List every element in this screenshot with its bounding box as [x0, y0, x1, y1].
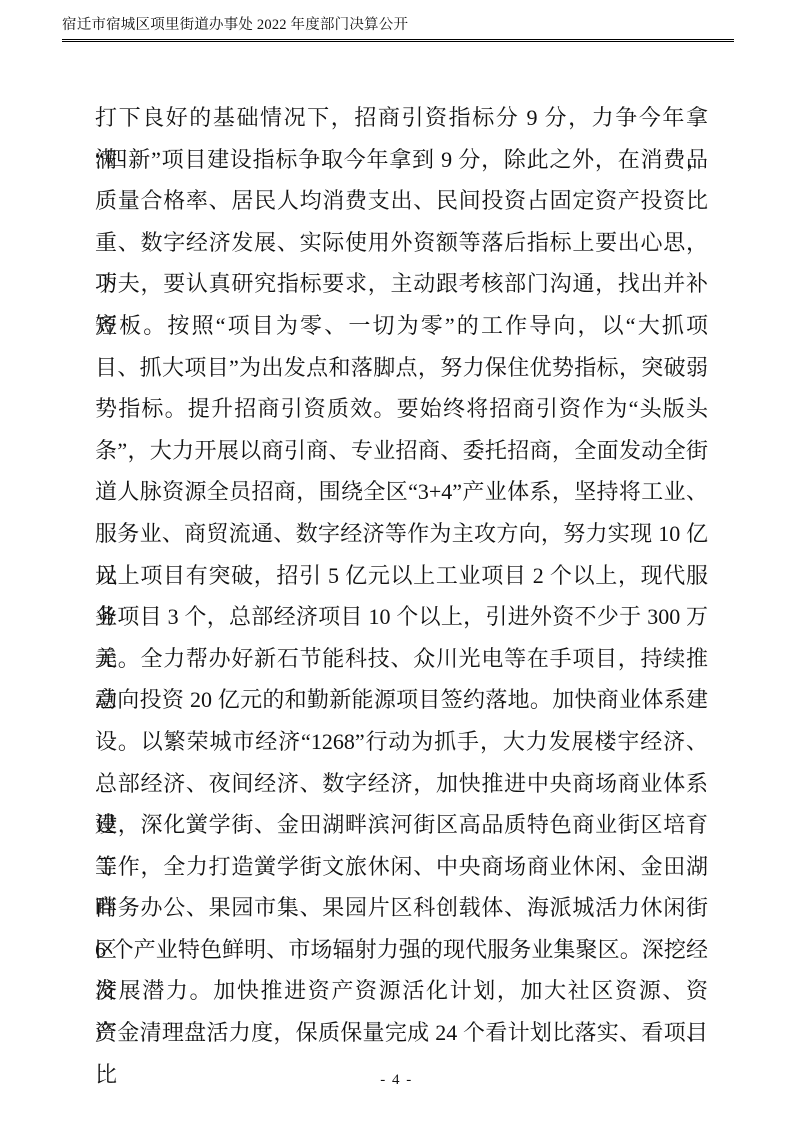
- body-text-line: 商务办公、果园市集、果园片区科创载体、海派城活力休闲街区: [95, 887, 708, 929]
- page-footer: - 4 -: [0, 1072, 793, 1089]
- document-page: 宿迁市宿城区项里街道办事处 2022 年度部门决算公开 打下良好的基础情况下，招…: [0, 0, 793, 1122]
- body-text-line: 功夫，要认真研究指标要求，主动跟考核部门沟通，找出并补齐: [95, 263, 708, 305]
- body-text-line: 资金清理盘活力度，保质保量完成 24 个看计划比落实、看项目比: [95, 1012, 708, 1054]
- body-text-line: “四新”项目建设指标争取今年拿到 9 分，除此之外，在消费品: [95, 139, 708, 181]
- body-text-line: 短板。按照“项目为零、一切为零”的工作导向，以“大抓项: [95, 305, 708, 347]
- body-text-line: 工作，全力打造黉学街文旅休闲、中央商场商业休闲、金田湖畔: [95, 846, 708, 888]
- body-text-line: 总部经济、夜间经济、数字经济，加快推进中央商场商业体系建: [95, 763, 708, 805]
- body-text-line: 设，深化黉学街、金田湖畔滨河街区高品质特色商业街区培育等: [95, 804, 708, 846]
- body-text-line: 条”，大力开展以商引商、专业招商、委托招商，全面发动全街: [95, 430, 708, 472]
- body-text-line: 发展潜力。加快推进资产资源活化计划，加大社区资源、资产、: [95, 970, 708, 1012]
- body-text-line: 意向投资 20 亿元的和勤新能源项目签约落地。加快商业体系建: [95, 679, 708, 721]
- page-number: - 4 -: [380, 1072, 413, 1088]
- body-text-line: 打下良好的基础情况下，招商引资指标分 9 分，力争今年拿满，: [95, 97, 708, 139]
- body-text-line: 业项目 3 个，总部经济项目 10 个以上，引进外资不少于 300 万美: [95, 596, 708, 638]
- body-text-line: 元。全力帮办好新石节能科技、众川光电等在手项目，持续推动: [95, 638, 708, 680]
- body-text-line: 重、数字经济发展、实际使用外资额等落后指标上要出心思，下: [95, 222, 708, 264]
- body-text-line: 6 个产业特色鲜明、市场辐射力强的现代服务业集聚区。深挖经济: [95, 929, 708, 971]
- body-text-line: 势指标。提升招商引资质效。要始终将招商引资作为“头版头: [95, 388, 708, 430]
- document-body: 打下良好的基础情况下，招商引资指标分 9 分，力争今年拿满， “四新”项目建设指…: [95, 97, 708, 1054]
- body-text-line: 服务业、商贸流通、数字经济等作为主攻方向，努力实现 10 亿元: [95, 513, 708, 555]
- header-title: 宿迁市宿城区项里街道办事处 2022 年度部门决算公开: [62, 17, 408, 33]
- body-text-line: 以上项目有突破，招引 5 亿元以上工业项目 2 个以上，现代服务: [95, 555, 708, 597]
- body-text-line: 质量合格率、居民人均消费支出、民间投资占固定资产投资比: [95, 180, 708, 222]
- body-text-line: 道人脉资源全员招商，围绕全区“3+4”产业体系，坚持将工业、: [95, 471, 708, 513]
- page-header: 宿迁市宿城区项里街道办事处 2022 年度部门决算公开: [62, 16, 734, 42]
- body-text-line: 设。以繁荣城市经济“1268”行动为抓手，大力发展楼宇经济、: [95, 721, 708, 763]
- body-text-line: 目、抓大项目”为出发点和落脚点，努力保住优势指标，突破弱: [95, 347, 708, 389]
